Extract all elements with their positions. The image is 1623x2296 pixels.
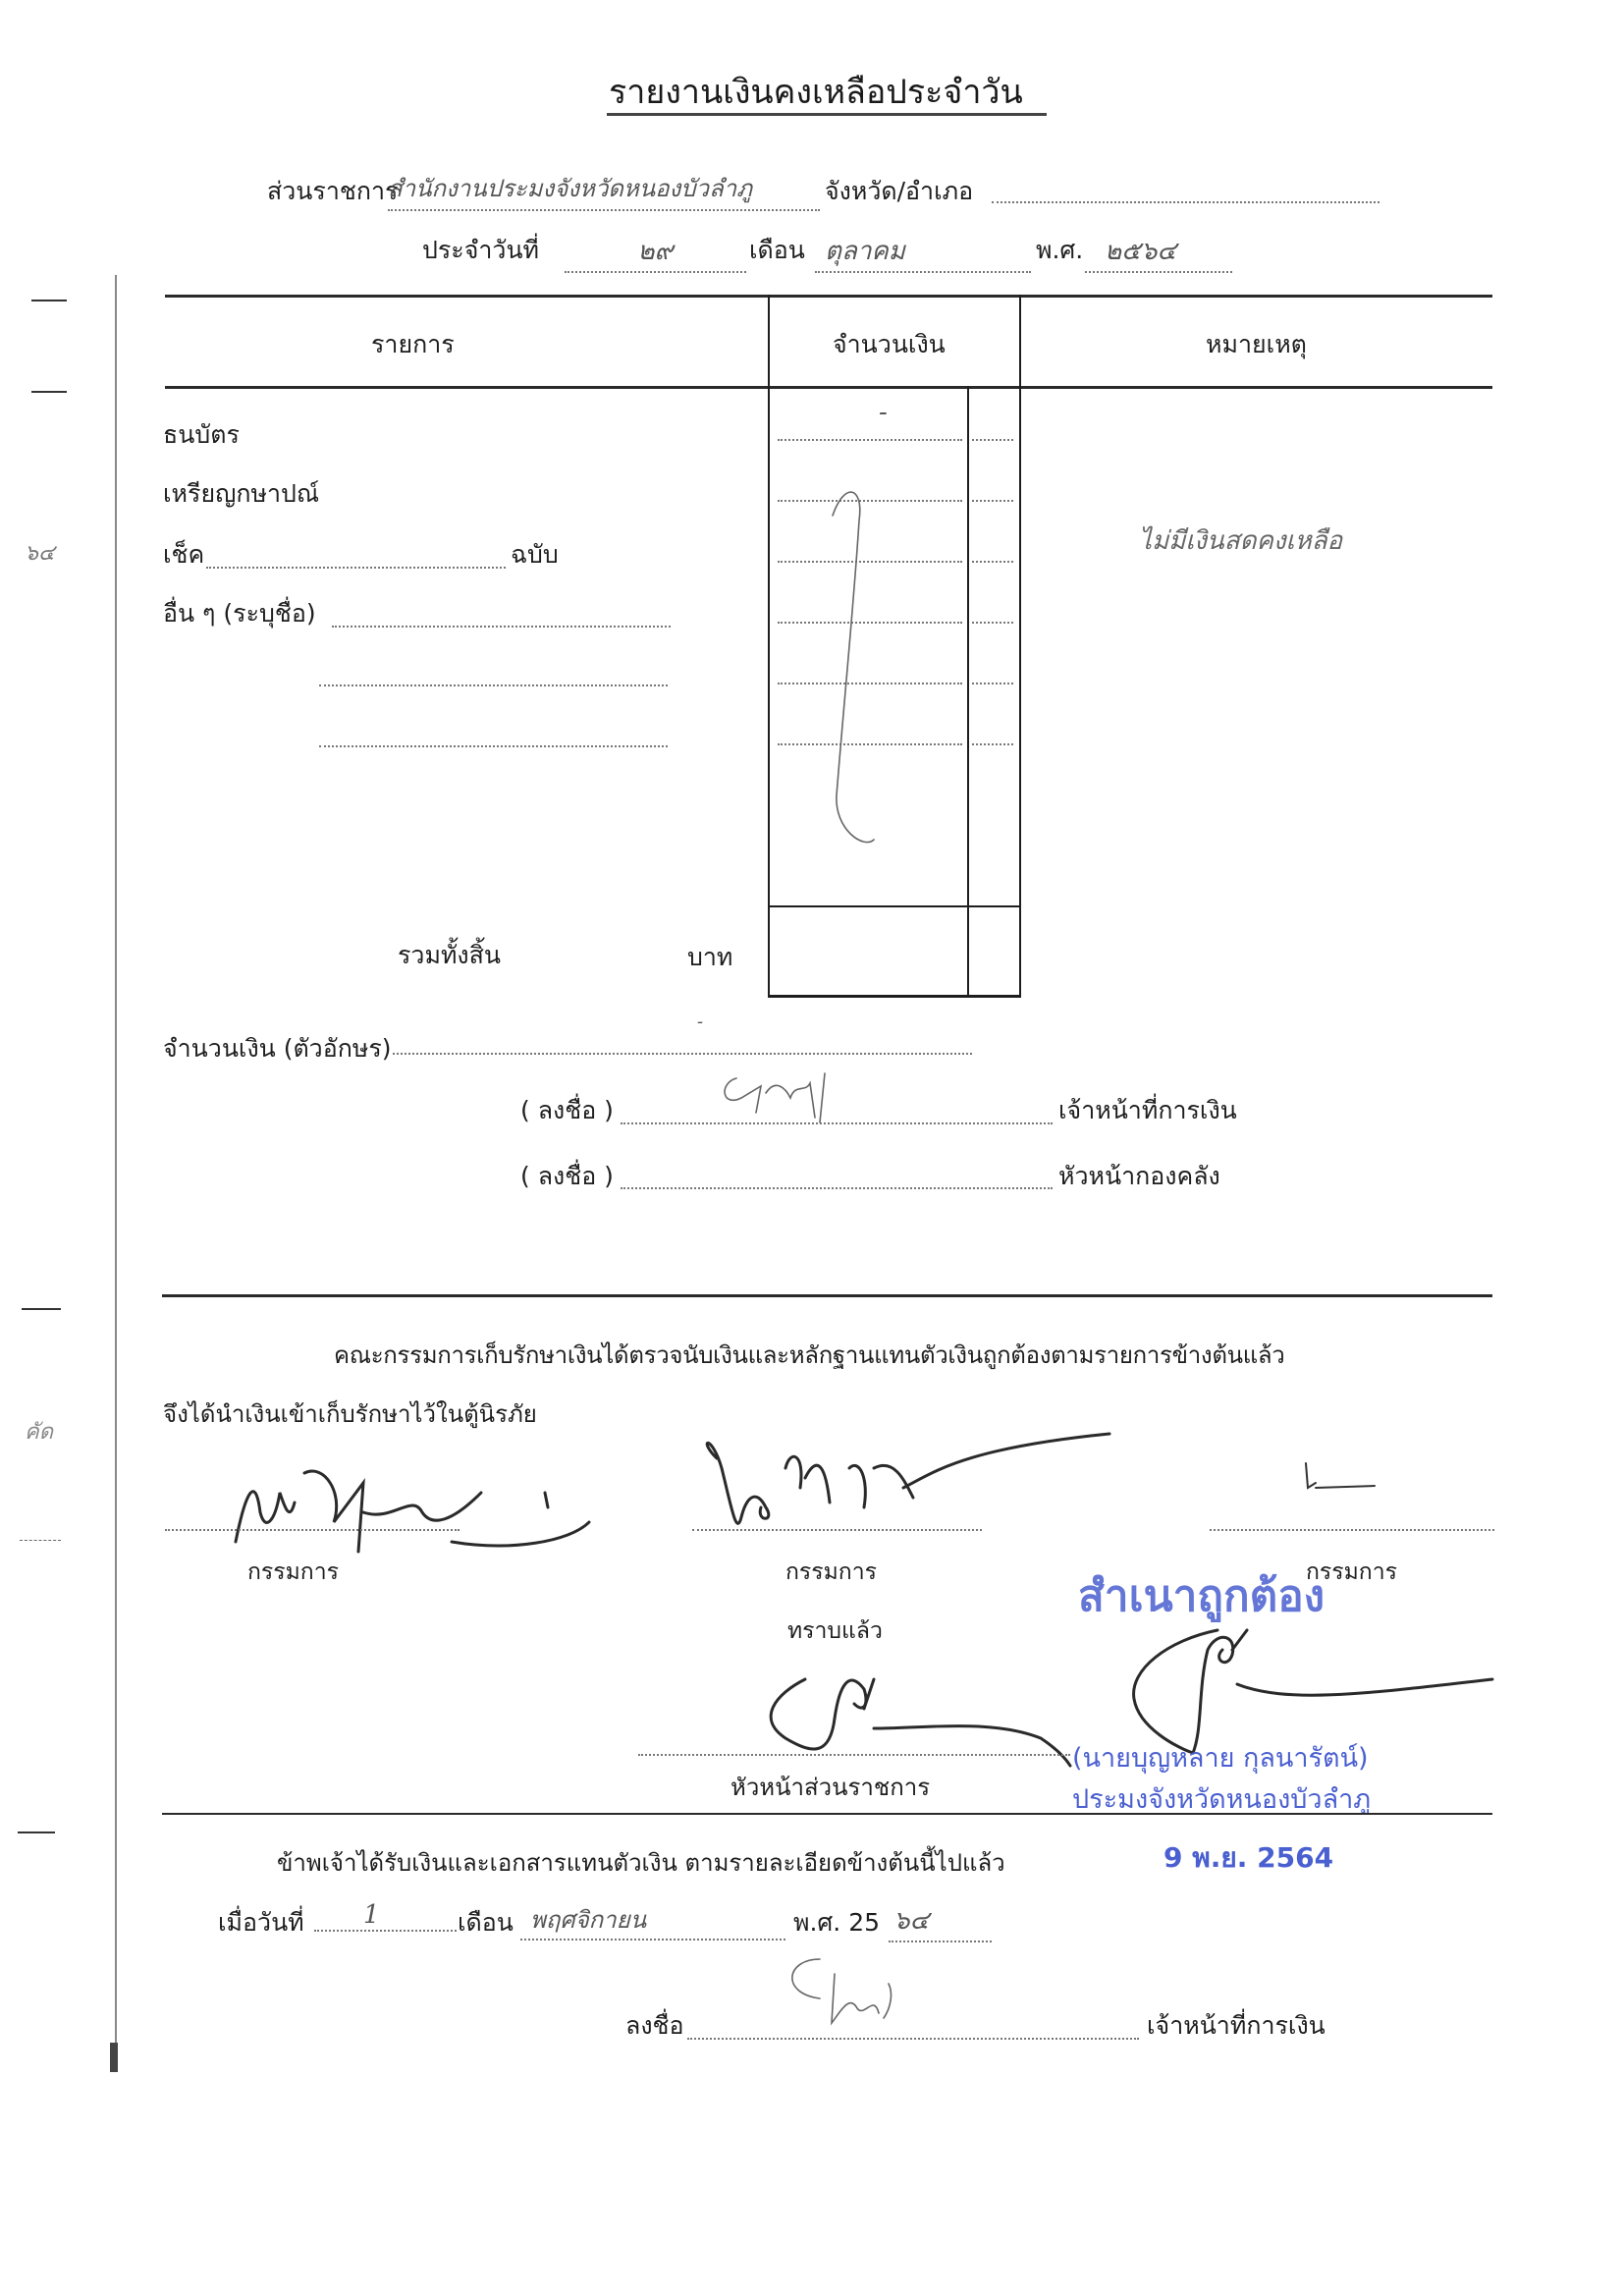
committee-sign-line-2[interactable] [692,1529,982,1531]
page-title: รายงานเงินคงเหลือประจำวัน [609,65,1023,118]
section-divider-2 [162,1813,1492,1815]
signature-receiver [781,1954,918,2033]
committee-sign-line-1[interactable] [165,1529,460,1531]
margin-mark [20,1540,61,1541]
satang-cell[interactable] [972,439,1013,441]
row-label-cheque: เช็ค [163,542,204,567]
satang-cell[interactable] [972,500,1013,502]
committee-sign-line-3[interactable] [1210,1529,1494,1531]
column-divider [768,295,770,997]
month-label: เดือน [749,238,805,262]
section-divider [162,1294,1492,1297]
head-sign-line[interactable] [638,1754,1070,1756]
committee-statement-line1: คณะกรรมการเก็บรักษาเงินได้ตรวจนับเงินและ… [334,1343,1284,1367]
total-label: รวมทั้งสิ้น [398,943,501,967]
receipt-statement: ข้าพเจ้าได้รับเงินและเอกสารแทนตัวเงิน ตา… [277,1851,1005,1875]
cheque-count-field[interactable] [206,567,506,569]
receipt-year-label: พ.ศ. 25 [793,1910,880,1935]
row-suffix-cheque: ฉบับ [511,542,559,567]
committee-role-2: กรรมการ [785,1561,877,1584]
agency-field[interactable]: สำนักงานประมงจังหวัดหนองบัวลำภู [388,169,820,211]
amount-text-label: จำนวนเงิน (ตัวอักษร) [163,1036,392,1061]
receipt-role: เจ้าหน้าที่การเงิน [1147,2013,1325,2038]
signature-finance [717,1068,844,1127]
total-box-top [768,905,1021,907]
signature-head [756,1660,1080,1768]
receipt-date-value: 1 [314,1900,457,1930]
stamp-name: (นายบุญหลาย กุลนารัตน์) [1072,1736,1369,1778]
receipt-sign-line[interactable] [687,2038,1139,2040]
sign-prefix-finance: ( ลงชื่อ ) [520,1098,614,1122]
month-field[interactable]: ตุลาคม [815,231,1031,273]
signature-committee-1 [216,1453,609,1561]
binding-line [115,275,117,2072]
amount-cell[interactable] [778,439,962,441]
column-header-items: รายการ [371,332,455,356]
agency-value: สำนักงานประมงจังหวัดหนองบัวลำภู [388,169,820,207]
receipt-year-field[interactable]: ๖๔ [889,1900,992,1942]
receipt-month-field[interactable]: พฤศจิกายน [520,1900,785,1941]
other-name-field-3[interactable] [319,745,668,747]
margin-mark [31,300,67,301]
other-name-field[interactable] [332,626,671,628]
satang-cell[interactable] [972,561,1013,563]
committee-statement-line2: จึงได้นำเงินเข้าเก็บรักษาไว้ในตู้นิรภัย [163,1402,537,1426]
year-label: พ.ศ. [1036,238,1083,262]
banknote-amount: - [879,398,888,427]
receipt-year-value: ๖๔ [889,1900,992,1941]
title-underline [607,113,1047,116]
province-label: จังหวัด/อำเภอ [825,179,973,203]
signature-committee-3 [1296,1458,1404,1498]
satang-cell[interactable] [972,622,1013,624]
date-label: ประจำวันที่ [422,238,539,262]
signature-line-treasury[interactable] [621,1187,1053,1189]
year-field[interactable]: ๒๕๖๔ [1085,231,1232,273]
table-header-border [165,386,1492,389]
row-label-other: อื่น ๆ (ระบุชื่อ) [163,601,316,626]
remark-handwritten: ไม่มีเงินสดคงเหลือ [1139,520,1342,561]
acknowledged-label: ทราบแล้ว [787,1620,883,1643]
column-header-amount: จำนวนเงิน [833,332,946,356]
receipt-date-field[interactable]: 1 [314,1900,457,1932]
committee-role-1: กรรมการ [247,1561,339,1584]
agency-label: ส่วนราชการ [267,179,398,203]
role-finance-officer: เจ้าหน้าที่การเงิน [1058,1098,1237,1122]
column-divider [1019,295,1021,997]
margin-mark [31,391,67,393]
role-treasury-head: หัวหน้ากองคลัง [1058,1164,1220,1188]
satang-cell[interactable] [972,743,1013,745]
amount-text-value: - [697,1011,703,1032]
month-value: ตุลาคม [815,231,1031,271]
total-box-bottom [768,995,1021,998]
other-name-field-2[interactable] [319,684,668,686]
margin-note: ๖๔ [25,535,55,570]
date-field[interactable]: ๒๙ [565,231,746,273]
row-label-banknotes: ธนบัตร [163,422,240,447]
head-role: หัวหน้าส่วนราชการ [730,1776,930,1799]
table-top-border [165,295,1492,298]
receipt-month-label: เดือน [458,1910,514,1935]
column-header-remarks: หมายเหตุ [1206,332,1307,356]
stamp-date: 9 พ.ย. 2564 [1163,1836,1333,1880]
year-value: ๒๕๖๔ [1085,231,1232,271]
sign-prefix-treasury: ( ลงชื่อ ) [520,1164,614,1188]
margin-note: คัด [25,1414,53,1449]
receipt-date-label: เมื่อวันที่ [218,1910,304,1935]
province-field[interactable] [992,201,1380,203]
row-label-coins: เหรียญกษาปณ์ [163,481,319,506]
currency-label: บาท [687,945,732,969]
margin-mark [18,1831,55,1833]
strike-through-mark [825,481,893,864]
receipt-sign-label: ลงชื่อ [625,2013,684,2038]
binding-bottom [110,2043,118,2072]
amount-text-field[interactable] [393,1053,972,1055]
margin-mark [22,1308,61,1310]
date-value: ๒๙ [565,231,746,271]
satang-cell[interactable] [972,683,1013,684]
receipt-month-value: พฤศจิกายน [520,1900,785,1939]
